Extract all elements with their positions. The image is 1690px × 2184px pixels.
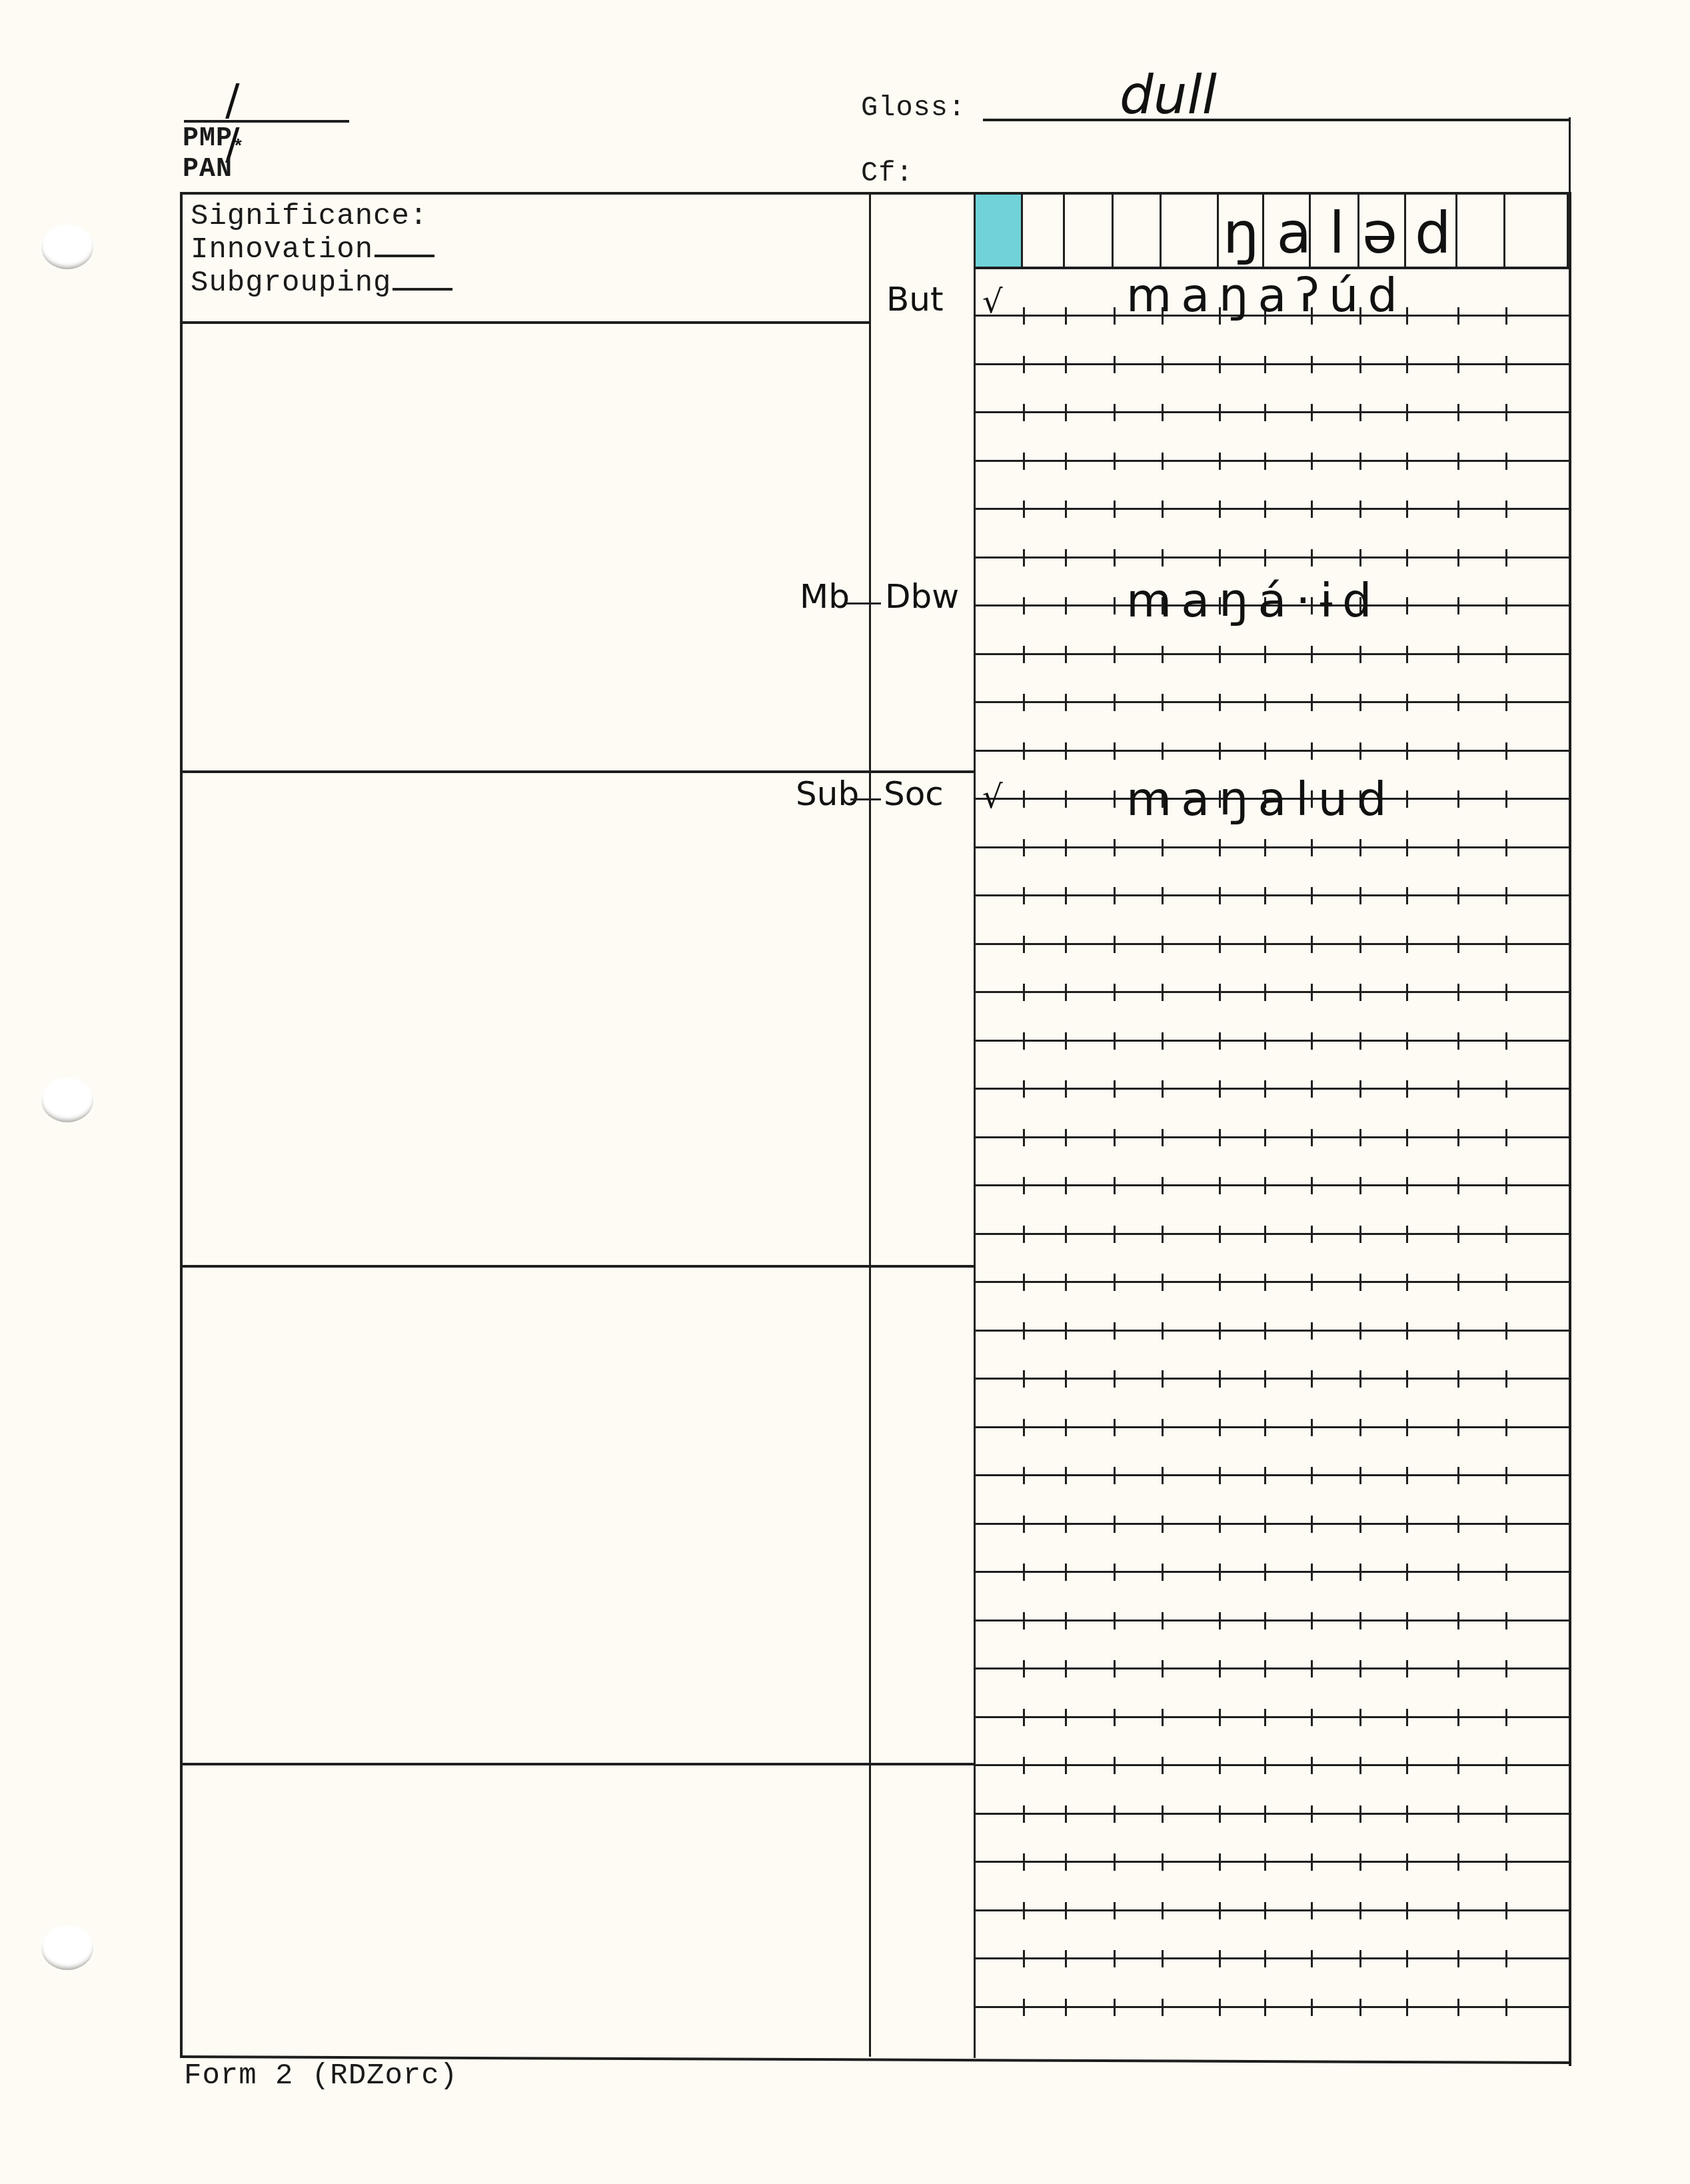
header-cell[interactable] [1505,193,1569,268]
date-field[interactable]: / / [184,79,349,123]
pmp-marker: * [233,137,245,158]
subgrouping-label: Subgrouping [191,267,391,300]
binder-hole-top [41,225,93,269]
grid-left-divider [974,192,976,2058]
entry-check-mark[interactable]: √ [982,778,1003,816]
header-cell[interactable] [1023,193,1065,268]
header-cell[interactable] [1114,193,1162,268]
form-footer: Form 2 (RDZorc) [184,2059,458,2093]
frame-right [1569,192,1571,2066]
entry-form: maŋá·ɨd [1126,573,1381,628]
subgrouping-row: Subgrouping [191,267,452,300]
header-cell[interactable] [974,193,1023,268]
pmp-label-text: PMP [183,124,233,154]
significance-divider [180,321,870,324]
significance-label: Significance: [191,200,452,233]
gloss-value: dull [1120,64,1217,126]
cf-label: Cf: [861,157,914,189]
subgroup-connector [846,602,881,604]
cf-field[interactable] [920,153,1559,191]
binder-hole-bottom [41,1926,93,1970]
subgrouping-field[interactable] [393,288,452,291]
subgroup-connector [850,798,881,800]
language-column-left-divider [869,192,871,2057]
entry-language: Dbw [885,577,959,616]
innovation-row: Innovation [191,233,452,267]
entry-language: But [886,280,944,319]
entry-language: Soc [884,774,944,813]
entry-check-mark[interactable]: √ [982,283,1003,321]
entry-subgroup: Mb [800,577,850,616]
gloss-field[interactable]: dull [983,87,1571,121]
pmp-label: PMP* [183,124,245,158]
gloss-label: Gloss: [861,92,966,124]
header-cell[interactable] [1162,193,1219,268]
innovation-label: Innovation [191,233,373,267]
section-divider-2 [180,1265,976,1268]
innovation-field[interactable] [375,255,434,257]
entry-form: maŋalud [1126,772,1396,826]
entry-form: maŋaʔúd [1126,268,1407,323]
reconstruction-form: ŋaləd [1223,200,1469,267]
binder-hole-middle [41,1078,93,1122]
header-cell[interactable] [1065,193,1114,268]
gloss-right-edge [1569,117,1571,195]
section-divider-1 [180,770,976,773]
pan-label: PAN [183,155,233,185]
significance-block: Significance: Innovation Subgrouping [191,200,452,300]
entry-subgroup: Sub [796,774,859,813]
frame-left [180,192,183,2057]
section-divider-3 [180,1763,976,1765]
